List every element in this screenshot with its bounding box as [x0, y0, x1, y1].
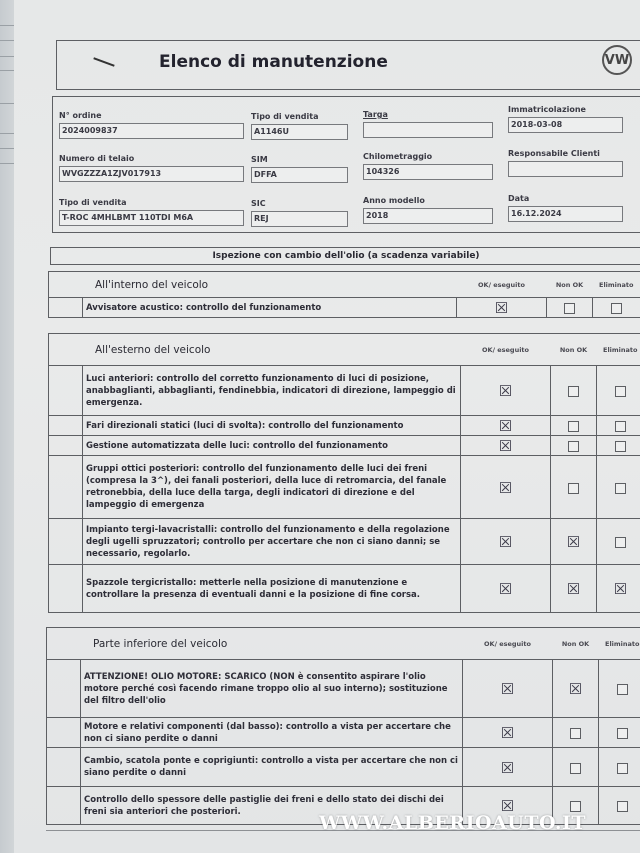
checklist-section: All'interno del veicoloOK/ eseguitoNon O… [48, 271, 640, 318]
sic-field: SIC REJ [251, 199, 348, 227]
checklist-row: Spazzole tergicristallo: metterle nella … [49, 565, 640, 613]
checkbox-eliminated[interactable] [615, 441, 626, 452]
field-value: 2018-03-08 [508, 117, 623, 133]
section-title: All'interno del veicolo [49, 272, 457, 298]
sim-field: SIM DFFA [251, 155, 348, 183]
check-item-text: Spazzole tergicristallo: metterle nella … [83, 565, 461, 613]
field-value [363, 122, 493, 138]
column-header-not-ok: Non OK [551, 334, 597, 366]
checkbox-not-ok[interactable] [570, 801, 581, 812]
cell-ok: ☒ [463, 718, 553, 748]
cell-eliminated: ☒ [597, 565, 640, 613]
handwritten-check-mark-icon[interactable]: ☒ [567, 580, 580, 598]
handwritten-check-mark-icon[interactable]: ☒ [499, 382, 512, 400]
document-title: Elenco di manutenzione [159, 52, 388, 72]
cell-eliminated [599, 718, 640, 748]
registration-field: Immatricolazione 2018-03-08 [508, 105, 623, 133]
field-value: REJ [251, 211, 348, 227]
check-item-text: Fari direzionali statici (luci di svolta… [83, 416, 461, 436]
checkbox-eliminated[interactable] [615, 483, 626, 494]
row-stub [47, 748, 81, 787]
inspection-type-bar: Ispezione con cambio dell'olio (a scaden… [50, 247, 640, 265]
field-label: Anno modello [363, 196, 493, 208]
handwritten-check-mark-icon[interactable]: ☒ [495, 299, 508, 317]
date-field: Data 16.12.2024 [508, 194, 623, 222]
check-item-text: Impianto tergi-lavacristalli: controllo … [83, 519, 461, 565]
cell-eliminated [597, 416, 640, 436]
cell-eliminated [597, 366, 640, 416]
pen-mark [93, 57, 114, 66]
cell-ok: ☒ [461, 456, 551, 519]
field-value: 104326 [363, 164, 493, 180]
checkbox-not-ok[interactable] [568, 386, 579, 397]
cell-not-ok [551, 416, 597, 436]
checklist-row: Fari direzionali statici (luci di svolta… [49, 416, 640, 436]
column-header-eliminated: Eliminato [593, 272, 640, 298]
field-label: N° ordine [59, 111, 244, 123]
field-label: Tipo di vendita [251, 112, 348, 124]
handwritten-check-mark-icon[interactable]: ☒ [499, 533, 512, 551]
checkbox-eliminated[interactable] [617, 684, 628, 695]
row-stub [49, 298, 83, 318]
watermark: WWW.ALBERIOAUTO.IT [319, 812, 586, 834]
cell-eliminated [597, 519, 640, 565]
check-item-text: ATTENZIONE! OLIO MOTORE: SCARICO (NON è … [81, 660, 463, 718]
cell-eliminated [599, 748, 640, 787]
column-header-ok: OK/ eseguito [457, 272, 547, 298]
handwritten-check-mark-icon[interactable]: ☒ [501, 759, 514, 777]
field-label: Chilometraggio [363, 152, 493, 164]
cell-not-ok: ☒ [551, 565, 597, 613]
row-stub [49, 416, 83, 436]
cell-not-ok [553, 748, 599, 787]
checklist-row: ATTENZIONE! OLIO MOTORE: SCARICO (NON è … [47, 660, 640, 718]
field-value: A1146U [251, 124, 348, 140]
cell-ok: ☒ [461, 366, 551, 416]
field-label: Targa [363, 110, 493, 122]
field-label: Data [508, 194, 623, 206]
field-label: Responsabile Clienti [508, 149, 623, 161]
cell-not-ok [553, 718, 599, 748]
checklist-row: Motore e relativi componenti (dal basso)… [47, 718, 640, 748]
cell-ok: ☒ [461, 416, 551, 436]
row-stub [47, 718, 81, 748]
inspection-type-title: Ispezione con cambio dell'olio (a scaden… [51, 248, 640, 264]
handwritten-check-mark-icon[interactable]: ☒ [569, 680, 582, 698]
column-header-ok: OK/ eseguito [463, 628, 553, 660]
cell-eliminated [597, 436, 640, 456]
mileage-field: Chilometraggio 104326 [363, 152, 493, 180]
row-stub [49, 456, 83, 519]
field-label: SIC [251, 199, 348, 211]
field-value [508, 161, 623, 177]
checklist-row: Gestione automatizzata delle luci: contr… [49, 436, 640, 456]
cell-ok: ☒ [463, 748, 553, 787]
cell-not-ok [551, 436, 597, 456]
field-label: Immatricolazione [508, 105, 623, 117]
check-item-text: Gruppi ottici posteriori: controllo del … [83, 456, 461, 519]
row-stub [49, 436, 83, 456]
row-stub [49, 565, 83, 613]
field-value: 16.12.2024 [508, 206, 623, 222]
cell-eliminated [597, 456, 640, 519]
field-label: Numero di telaio [59, 154, 244, 166]
cell-not-ok [551, 366, 597, 416]
handwritten-check-mark-icon[interactable]: ☒ [499, 479, 512, 497]
check-item-text: Gestione automatizzata delle luci: contr… [83, 436, 461, 456]
column-header-not-ok: Non OK [547, 272, 593, 298]
row-stub [47, 660, 81, 718]
column-header-eliminated: Eliminato [599, 628, 640, 660]
order-number-field: N° ordine 2024009837 [59, 111, 244, 139]
check-item-text: Motore e relativi componenti (dal basso)… [81, 718, 463, 748]
model-year-field: Anno modello 2018 [363, 196, 493, 224]
checkbox-eliminated[interactable] [617, 801, 628, 812]
checkbox-not-ok[interactable] [570, 728, 581, 739]
cell-ok: ☒ [461, 519, 551, 565]
checklist-row: Luci anteriori: controllo del corretto f… [49, 366, 640, 416]
row-stub [49, 519, 83, 565]
checkbox-eliminated[interactable] [615, 537, 626, 548]
cell-not-ok: ☒ [551, 519, 597, 565]
checklist-section: Parte inferiore del veicoloOK/ eseguitoN… [46, 627, 640, 825]
title-box: Elenco di manutenzione VW [56, 40, 640, 90]
plate-field: Targa [363, 110, 493, 138]
row-stub [47, 787, 81, 825]
handwritten-check-mark-icon[interactable]: ☒ [501, 724, 514, 742]
handwritten-check-mark-icon[interactable]: ☒ [501, 680, 514, 698]
maintenance-sheet: Elenco di manutenzione VW N° ordine 2024… [14, 0, 640, 853]
field-value: T-ROC 4MHLBMT 110TDI M6A [59, 210, 244, 226]
checkbox-eliminated[interactable] [617, 728, 628, 739]
cell-not-ok [547, 298, 593, 318]
handwritten-check-mark-icon[interactable]: ☒ [567, 533, 580, 551]
checkbox-not-ok[interactable] [568, 441, 579, 452]
cell-ok: ☒ [457, 298, 547, 318]
vw-logo-icon: VW [602, 45, 632, 75]
check-item-text: Avvisatore acustico: controllo del funzi… [83, 298, 457, 318]
handwritten-check-mark-icon[interactable]: ☒ [614, 580, 627, 598]
cell-eliminated [599, 660, 640, 718]
section-title: Parte inferiore del veicolo [47, 628, 463, 660]
cell-ok: ☒ [461, 565, 551, 613]
cell-ok: ☒ [461, 436, 551, 456]
checkbox-eliminated[interactable] [615, 421, 626, 432]
cell-eliminated [593, 298, 640, 318]
field-value: 2018 [363, 208, 493, 224]
checkbox-not-ok[interactable] [564, 303, 575, 314]
section-title: All'esterno del veicolo [49, 334, 461, 366]
handwritten-check-mark-icon[interactable]: ☒ [499, 417, 512, 435]
checkbox-not-ok[interactable] [568, 483, 579, 494]
column-header-not-ok: Non OK [553, 628, 599, 660]
checkbox-eliminated[interactable] [617, 763, 628, 774]
checklist-row: Gruppi ottici posteriori: controllo del … [49, 456, 640, 519]
check-item-text: Cambio, scatola ponte e coprigiunti: con… [81, 748, 463, 787]
field-label: Tipo di vendita [59, 198, 244, 210]
model-description-field: Tipo di vendita T-ROC 4MHLBMT 110TDI M6A [59, 198, 244, 226]
cell-not-ok [551, 456, 597, 519]
checkbox-not-ok[interactable] [570, 763, 581, 774]
column-header-ok: OK/ eseguito [461, 334, 551, 366]
field-value: DFFA [251, 167, 348, 183]
checklist-row: Cambio, scatola ponte e coprigiunti: con… [47, 748, 640, 787]
column-header-eliminated: Eliminato [597, 334, 640, 366]
field-value: WVGZZZA1ZJV017913 [59, 166, 244, 182]
sale-type-field: Tipo di vendita A1146U [251, 112, 348, 140]
checkbox-eliminated[interactable] [611, 303, 622, 314]
customer-manager-field: Responsabile Clienti [508, 149, 623, 177]
handwritten-check-mark-icon[interactable]: ☒ [499, 437, 512, 455]
field-value: 2024009837 [59, 123, 244, 139]
vehicle-info-box: N° ordine 2024009837 Numero di telaio WV… [52, 96, 640, 233]
check-item-text: Luci anteriori: controllo del corretto f… [83, 366, 461, 416]
checkbox-eliminated[interactable] [615, 386, 626, 397]
checklist-section: All'esterno del veicoloOK/ eseguitoNon O… [48, 333, 640, 613]
checklist-row: Impianto tergi-lavacristalli: controllo … [49, 519, 640, 565]
field-label: SIM [251, 155, 348, 167]
checklist-row: Avvisatore acustico: controllo del funzi… [49, 298, 640, 318]
cell-ok: ☒ [463, 660, 553, 718]
cell-eliminated [599, 787, 640, 825]
cell-not-ok: ☒ [553, 660, 599, 718]
checkbox-not-ok[interactable] [568, 421, 579, 432]
handwritten-check-mark-icon[interactable]: ☒ [499, 580, 512, 598]
row-stub [49, 366, 83, 416]
chassis-number-field: Numero di telaio WVGZZZA1ZJV017913 [59, 154, 244, 182]
